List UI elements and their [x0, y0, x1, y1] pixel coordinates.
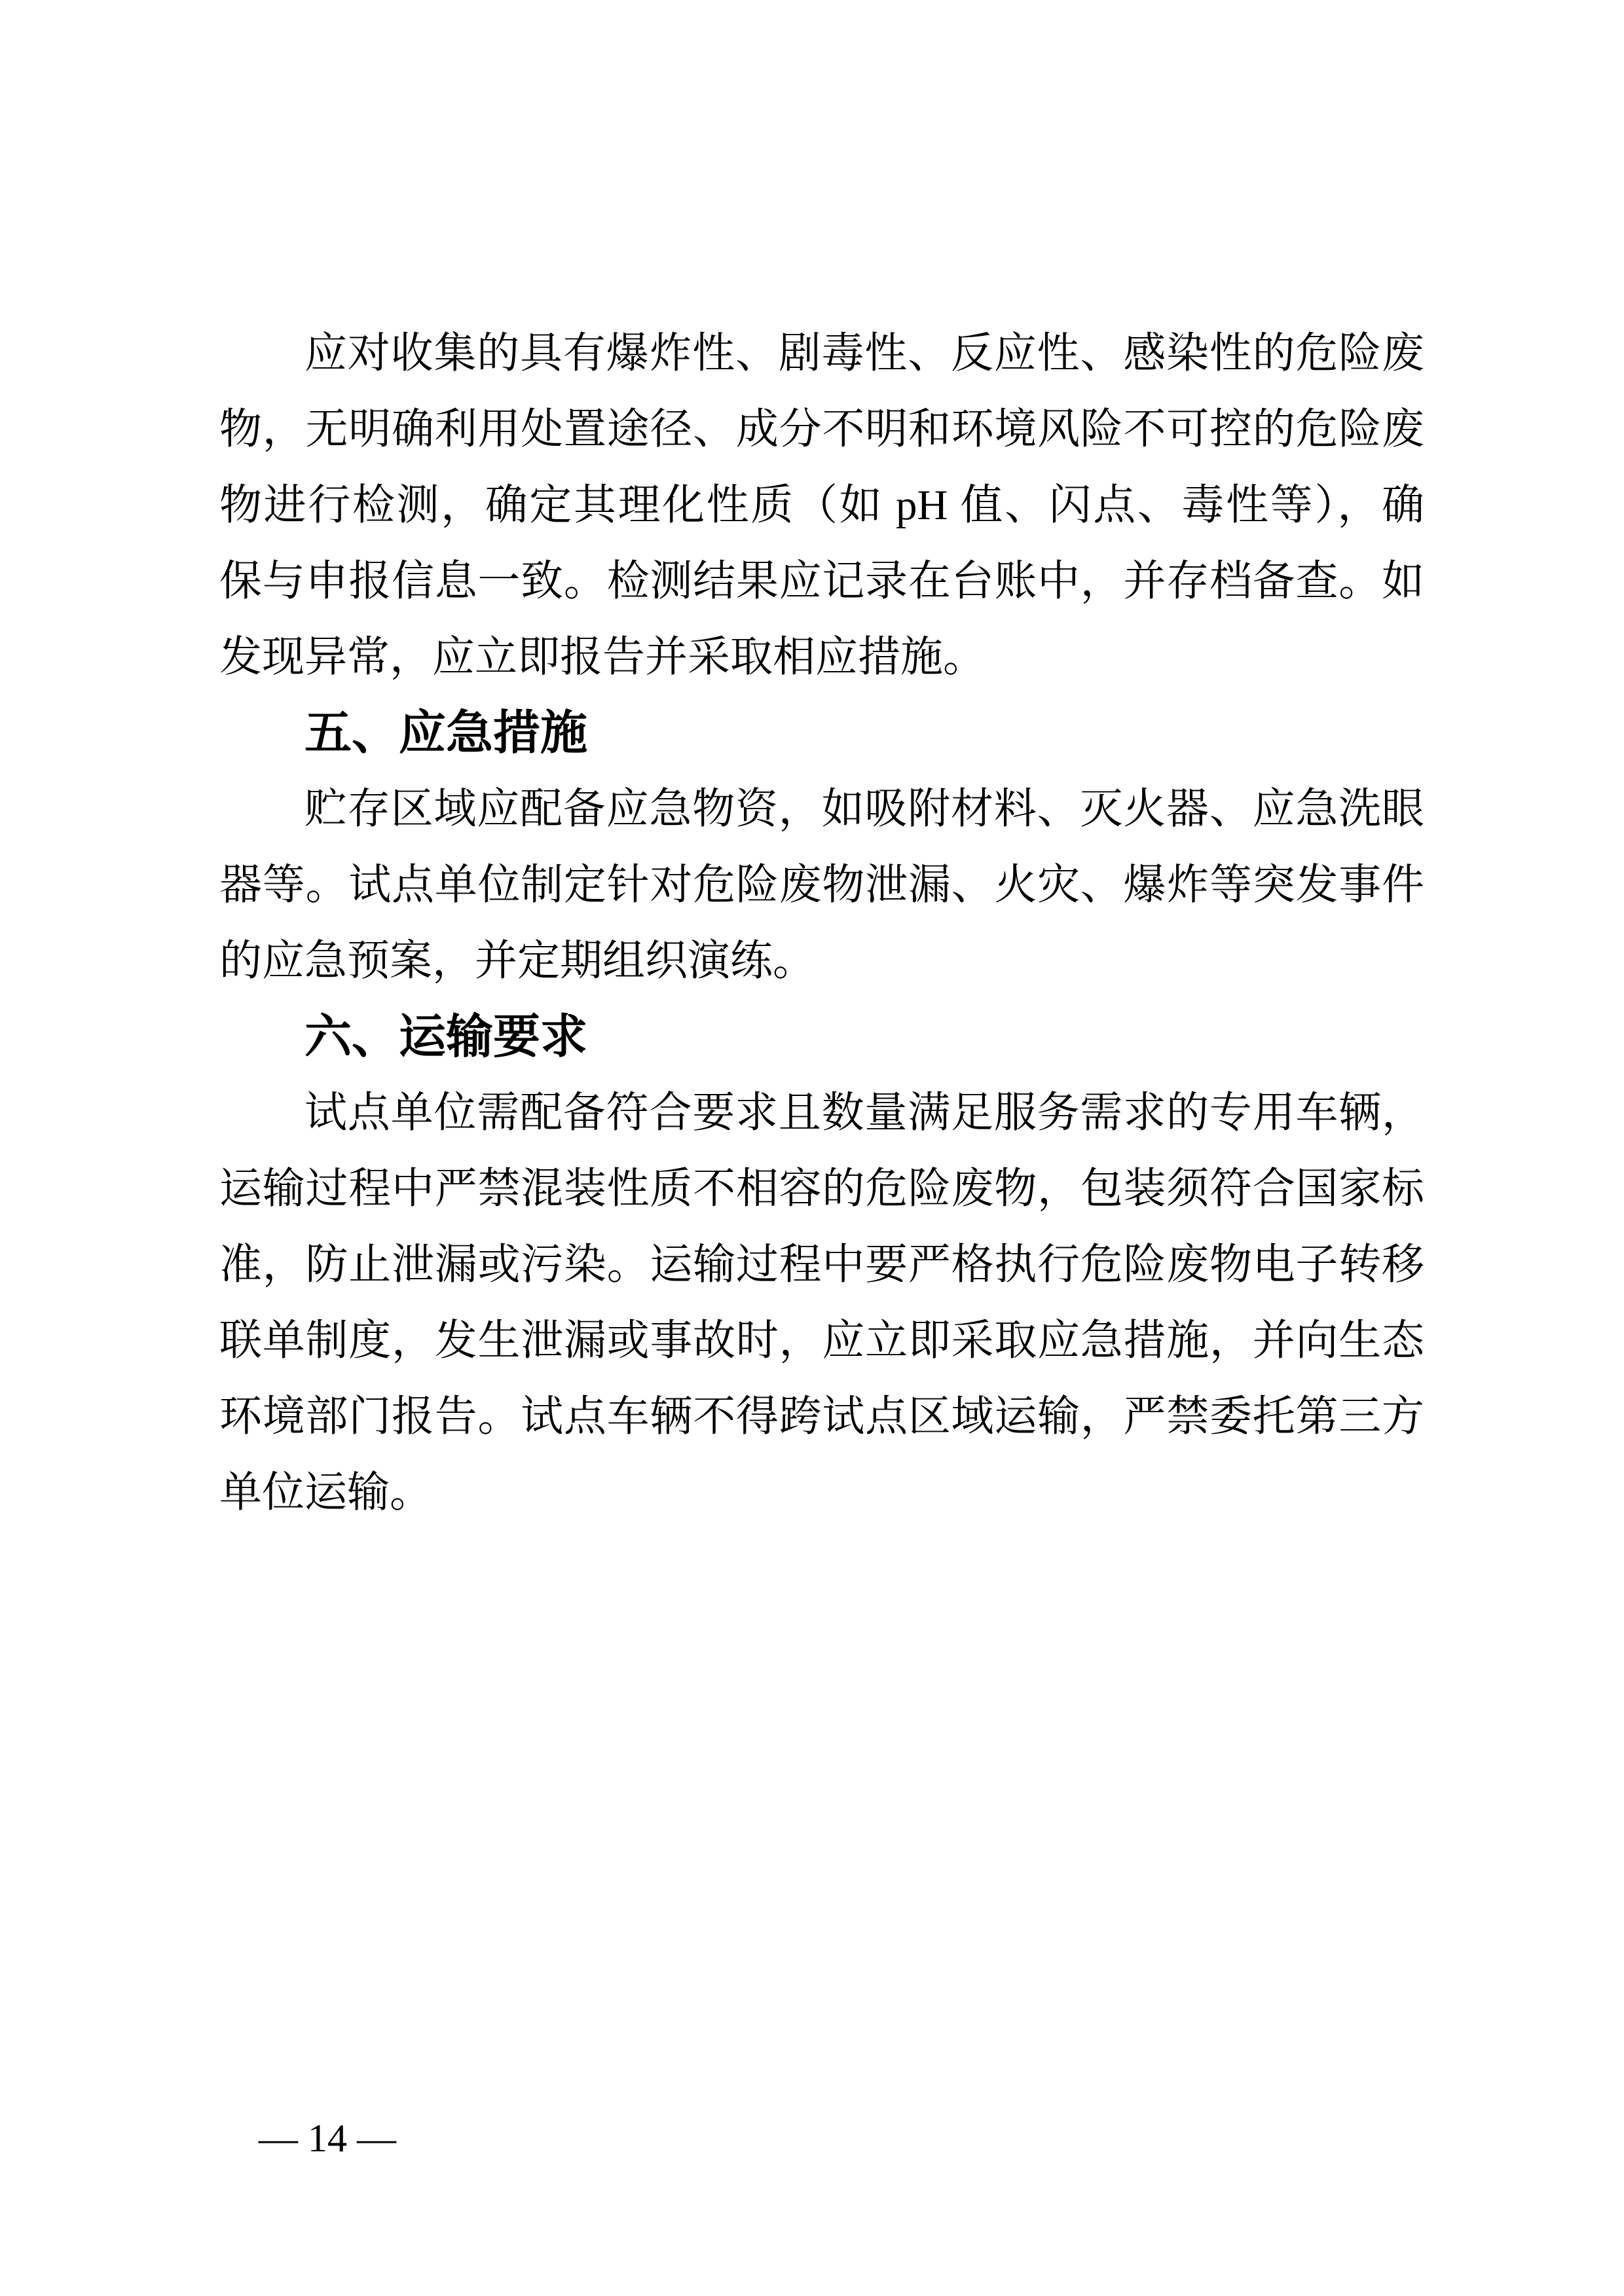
text-line: 的应急预案，并定期组织演练。 [219, 923, 1424, 999]
text-line: 物进行检测，确定其理化性质（如 pH 值、闪点、毒性等），确 [219, 467, 1424, 543]
text-line: 准，防止泄漏或污染。运输过程中要严格执行危险废物电子转移 [219, 1227, 1424, 1303]
text-line: 环境部门报告。试点车辆不得跨试点区域运输，严禁委托第三方 [219, 1379, 1424, 1455]
text-line: 试点单位需配备符合要求且数量满足服务需求的专用车辆， [219, 1075, 1424, 1151]
text-line: 发现异常，应立即报告并采取相应措施。 [219, 619, 1424, 695]
text-line: 应对收集的具有爆炸性、剧毒性、反应性、感染性的危险废 [219, 316, 1424, 392]
text-line: 贮存区域应配备应急物资，如吸附材料、灭火器、应急洗眼 [219, 771, 1424, 847]
text-line: 联单制度，发生泄漏或事故时，应立即采取应急措施，并向生态 [219, 1303, 1424, 1379]
text-line: 单位运输。 [219, 1455, 1424, 1531]
section-heading: 五、应急措施 [219, 695, 1424, 771]
text-line: 运输过程中严禁混装性质不相容的危险废物，包装须符合国家标 [219, 1151, 1424, 1227]
section-heading: 六、运输要求 [219, 999, 1424, 1075]
document-body: 应对收集的具有爆炸性、剧毒性、反应性、感染性的危险废物，无明确利用处置途径、成分… [219, 316, 1424, 1531]
document-page: 应对收集的具有爆炸性、剧毒性、反应性、感染性的危险废物，无明确利用处置途径、成分… [0, 0, 1624, 2296]
page-number: — 14 — [259, 2117, 396, 2160]
text-line: 器等。试点单位制定针对危险废物泄漏、火灾、爆炸等突发事件 [219, 847, 1424, 923]
text-line: 保与申报信息一致。检测结果应记录在台账中，并存档备查。如 [219, 543, 1424, 619]
text-line: 物，无明确利用处置途径、成分不明和环境风险不可控的危险废 [219, 392, 1424, 467]
page-footer: — 14 — [219, 2068, 396, 2209]
